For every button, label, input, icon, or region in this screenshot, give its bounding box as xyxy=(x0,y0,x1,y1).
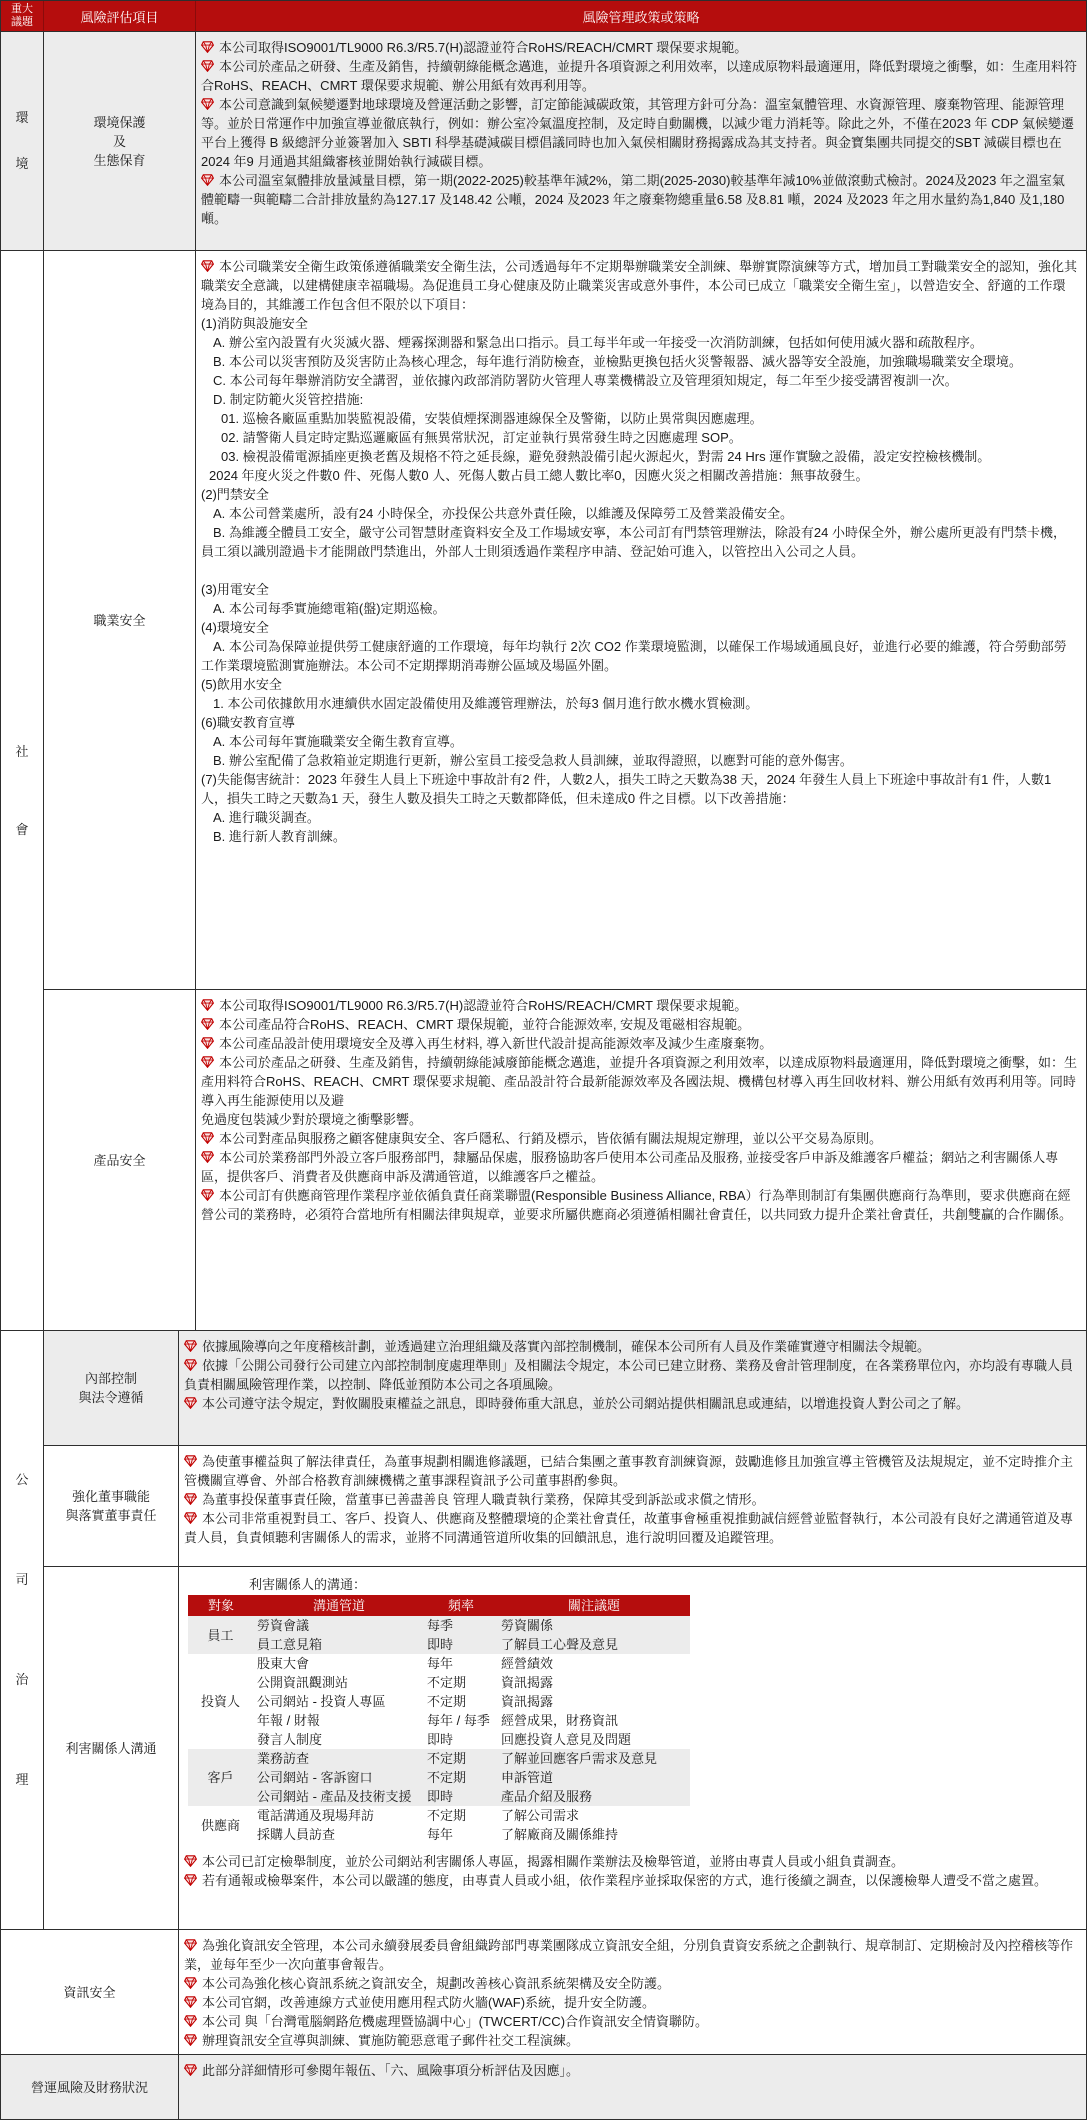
major-topic-cell: 社 會 xyxy=(1,251,44,1330)
stakeholder-cell: 了解廠商及關係維持 xyxy=(498,1825,690,1844)
stakeholder-cell: 不定期 xyxy=(424,1673,498,1692)
policy-line: (1)消防與設施安全 xyxy=(201,314,1077,333)
policy-line: (3)用電安全 xyxy=(201,580,1077,599)
gem-bullet-icon xyxy=(201,1187,214,1199)
policy-bullet: 本公司於業務部門外設立客戶服務部門，隸屬品保處，服務協助客戶使用本公司產品及服務… xyxy=(201,1148,1077,1186)
risk-management-table: 重大 議題 風險評估項目 風險管理政策或策略 環 境環境保護 及 生態保育本公司… xyxy=(0,0,1087,2120)
stakeholder-cell: 即時 xyxy=(424,1730,498,1749)
policy-bullet: 本公司訂有供應商管理作業程序並依循負責任商業聯盟(Responsible Bus… xyxy=(201,1186,1077,1224)
section-rows: 資訊安全為強化資訊安全管理，本公司永續發展委員會組織跨部門專業團隊成立資訊安全組… xyxy=(1,1930,1086,2054)
policy-bullet: 本公司意識到氣候變遷對地球環境及營運活動之影響，訂定節能減碳政策，其管理方針可分… xyxy=(201,95,1077,171)
stakeholder-cell: 不定期 xyxy=(424,1768,498,1787)
policy-text: 本公司溫室氣體排放量減量目標，第一期(2022-2025)較基準年減2%，第二期… xyxy=(201,173,1065,226)
table-row: 營運風險及財務狀況此部分詳細情形可參閱年報伍、「六、風險事項分析評估及因應」。 xyxy=(1,2055,1086,2119)
policy-line: A. 本公司為保障並提供勞工健康舒適的工作環境，每年均執行 2次 CO2 作業環… xyxy=(201,637,1077,675)
risk-item-label: 營運風險及財務狀況 xyxy=(1,2055,179,2119)
policy-line: B. 進行新人教育訓練。 xyxy=(201,827,1077,846)
policy-bullet: 依據風險導向之年度稽核計劃，並透過建立治理組織及落實內部控制機制，確保本公司所有… xyxy=(184,1337,1077,1356)
table-row: 環境保護 及 生態保育本公司取得ISO9001/TL9000 R6.3/R5.7… xyxy=(44,32,1086,250)
gem-bullet-icon xyxy=(201,39,214,51)
policy-text: 依據風險導向之年度稽核計劃，並透過建立治理組織及落實內部控制機制，確保本公司所有… xyxy=(202,1339,930,1354)
gem-bullet-icon xyxy=(201,172,214,184)
stakeholder-row: 年報 / 財報每年 / 每季經營成果，財務資訊 xyxy=(188,1711,690,1730)
stakeholder-row: 公司網站 - 客訴窗口不定期申訴管道 xyxy=(188,1768,690,1787)
stakeholder-cell: 股東大會 xyxy=(254,1654,424,1673)
policy-bullet: 本公司對產品與服務之顧客健康與安全、客戶隱私、行銷及標示，皆依循有關法規規定辦理… xyxy=(201,1129,1077,1148)
stakeholder-header-cell: 對象 xyxy=(188,1595,254,1616)
stakeholder-cell: 發言人制度 xyxy=(254,1730,424,1749)
header-major-topics: 重大 議題 xyxy=(1,1,44,31)
stakeholder-cell: 不定期 xyxy=(424,1806,498,1825)
policy-text: 本公司為強化核心資訊系統之資訊安全，規劃改善核心資訊系統架構及安全防護。 xyxy=(202,1976,670,1991)
header-policies: 風險管理政策或策略 xyxy=(196,1,1086,31)
stakeholder-row: 採購人員訪查每年了解廠商及關係維持 xyxy=(188,1825,690,1844)
policy-bullet: 本公司於產品之研發、生產及銷售，持續朝綠能概念邁進，並提升各項資源之利用效率，以… xyxy=(201,57,1077,95)
header-risk-items: 風險評估項目 xyxy=(44,1,196,31)
policy-text: 為董事投保董事責任險，當董事已善盡善良 管理人職責執行業務，保障其受到訴訟或求償… xyxy=(202,1492,765,1507)
gem-bullet-icon xyxy=(201,58,214,70)
gem-bullet-icon xyxy=(184,2013,197,2025)
policy-text: 本公司於產品之研發、生產及銷售，持續朝綠能概念邁進，並提升各項資源之利用效率，以… xyxy=(201,59,1077,93)
stakeholder-cell: 年報 / 財報 xyxy=(254,1711,424,1730)
section-rows: 環境保護 及 生態保育本公司取得ISO9001/TL9000 R6.3/R5.7… xyxy=(44,32,1086,250)
risk-item-label: 利害關係人溝通 xyxy=(44,1567,179,1929)
stakeholder-cell: 申訴管道 xyxy=(498,1768,690,1787)
stakeholder-cell: 公司網站 - 產品及技術支援 xyxy=(254,1787,424,1806)
policy-line: D. 制定防範火災管控措施: xyxy=(201,390,1077,409)
stakeholder-cell: 資訊揭露 xyxy=(498,1692,690,1711)
stakeholder-cell: 回應投資人意見及問題 xyxy=(498,1730,690,1749)
policy-bullet: 本公司已訂定檢舉制度，並於公司網站利害關係人專區，揭露相關作業辦法及檢舉管道，並… xyxy=(184,1852,1077,1871)
policy-content-cell: 利害關係人的溝通：對象溝通管道頻率關注議題員工勞資會議每季勞資關係員工意見箱即時… xyxy=(179,1567,1086,1929)
stakeholder-cell: 採購人員訪查 xyxy=(254,1825,424,1844)
stakeholder-cell: 每年 / 每季 xyxy=(424,1711,498,1730)
stakeholder-cell: 了解公司需求 xyxy=(498,1806,690,1825)
stakeholder-cell: 即時 xyxy=(424,1787,498,1806)
gem-bullet-icon xyxy=(201,1016,214,1028)
policy-content-cell: 為強化資訊安全管理，本公司永續發展委員會組織跨部門專業團隊成立資訊安全組，分別負… xyxy=(179,1930,1086,2054)
policy-bullet: 本公司為強化核心資訊系統之資訊安全，規劃改善核心資訊系統架構及安全防護。 xyxy=(184,1974,1077,1993)
gem-bullet-icon xyxy=(184,1872,197,1884)
policy-text: 本公司已訂定檢舉制度，並於公司網站利害關係人專區，揭露相關作業辦法及檢舉管道，並… xyxy=(202,1854,904,1869)
policy-line: B. 為維護全體員工安全，嚴守公司智慧財產資料安全及工作場域安寧，本公司訂有門禁… xyxy=(201,523,1077,561)
policy-text: 本公司官網，改善連線方式並使用應用程式防火牆(WAF)系統，提升安全防護。 xyxy=(202,1995,655,2010)
section-environment: 環 境環境保護 及 生態保育本公司取得ISO9001/TL9000 R6.3/R… xyxy=(1,31,1086,250)
policy-line: (6)職安教育宣導 xyxy=(201,713,1077,732)
spacer xyxy=(201,561,1077,580)
policy-text: 依據「公開公司發行公司建立內部控制制度處理準則」及相關法令規定，本公司已建立財務… xyxy=(184,1358,1073,1392)
policy-bullet: 本公司產品符合RoHS、REACH、CMRT 環保規範，並符合能源效率, 安規及… xyxy=(201,1015,1077,1034)
policy-bullet: 本公司產品設計使用環境安全及導入再生材料, 導入新世代設計提高能源效率及減少生產… xyxy=(201,1034,1077,1053)
table-row: 利害關係人溝通利害關係人的溝通：對象溝通管道頻率關注議題員工勞資會議每季勞資關係… xyxy=(44,1566,1086,1929)
stakeholder-cell: 電話溝通及現場拜訪 xyxy=(254,1806,424,1825)
stakeholder-header-cell: 關注議題 xyxy=(498,1595,690,1616)
policy-text: 本公司職業安全衛生政策係遵循職業安全衛生法，公司透過每年不定期舉辦職業安全訓練、… xyxy=(201,259,1077,312)
stakeholder-cell: 每季 xyxy=(424,1616,498,1635)
stakeholder-cell: 不定期 xyxy=(424,1749,498,1768)
stakeholder-header-cell: 溝通管道 xyxy=(254,1595,424,1616)
stakeholder-cell: 公司網站 - 投資人專區 xyxy=(254,1692,424,1711)
stakeholder-group-cell: 客戶 xyxy=(188,1749,254,1806)
gem-bullet-icon xyxy=(184,1975,197,1987)
stakeholder-table-title: 利害關係人的溝通： xyxy=(249,1575,1077,1594)
policy-text: 本公司產品設計使用環境安全及導入再生材料, 導入新世代設計提高能源效率及減少生產… xyxy=(219,1036,772,1051)
section-rows: 職業安全本公司職業安全衛生政策係遵循職業安全衛生法，公司透過每年不定期舉辦職業安… xyxy=(44,251,1086,1330)
stakeholder-row: 發言人制度即時回應投資人意見及問題 xyxy=(188,1730,690,1749)
risk-item-label: 職業安全 xyxy=(44,251,196,989)
risk-item-label: 資訊安全 xyxy=(1,1930,179,2054)
section-governance: 公 司 治 理內部控制 與法令遵循依據風險導向之年度稽核計劃，並透過建立治理組織… xyxy=(1,1330,1086,1929)
policy-text: 本公司產品符合RoHS、REACH、CMRT 環保規範，並符合能源效率, 安規及… xyxy=(219,1017,750,1032)
policy-line: A. 本公司每年實施職業安全衛生教育宣導。 xyxy=(201,732,1077,751)
policy-bullet: 本公司遵守法令規定，對攸關股東權益之訊息，即時發佈重大訊息，並於公司網站提供相關… xyxy=(184,1394,1077,1413)
policy-content-cell: 本公司取得ISO9001/TL9000 R6.3/R5.7(H)認證並符合RoH… xyxy=(196,32,1086,250)
policy-text: 辦理資訊安全宣導與訓練、實施防範惡意電子郵件社交工程演練。 xyxy=(202,2033,579,2048)
stakeholder-group-cell: 供應商 xyxy=(188,1806,254,1844)
gem-bullet-icon xyxy=(201,258,214,270)
policy-text: 此部分詳細情形可參閱年報伍、「六、風險事項分析評估及因應」。 xyxy=(202,2063,579,2078)
gem-bullet-icon xyxy=(184,1338,197,1350)
section-info-security: 資訊安全為強化資訊安全管理，本公司永續發展委員會組織跨部門專業團隊成立資訊安全組… xyxy=(1,1929,1086,2054)
stakeholder-row: 員工勞資會議每季勞資關係 xyxy=(188,1616,690,1635)
stakeholder-row: 客戶業務訪查不定期了解並回應客戶需求及意見 xyxy=(188,1749,690,1768)
policy-bullet: 此部分詳細情形可參閱年報伍、「六、風險事項分析評估及因應」。 xyxy=(184,2061,1077,2080)
risk-item-label: 強化董事職能 與落實董事責任 xyxy=(44,1446,179,1566)
policy-line: A. 辦公室內設置有火災滅火器、煙霧探測器和緊急出口指示。員工每半年或一年接受一… xyxy=(201,333,1077,352)
policy-bullet: 本公司於產品之研發、生產及銷售，持續朝綠能減廢節能概念邁進，並提升各項資源之利用… xyxy=(201,1053,1077,1110)
policy-text: 本公司訂有供應商管理作業程序並依循負責任商業聯盟(Responsible Bus… xyxy=(201,1188,1072,1222)
policy-text: 為使董事權益與了解法律責任，為董事規劃相關進修議題，已結合集團之董事教育訓練資源… xyxy=(184,1454,1073,1488)
policy-text: 本公司取得ISO9001/TL9000 R6.3/R5.7(H)認證並符合RoH… xyxy=(219,998,747,1013)
policy-bullet: 本公司官網，改善連線方式並使用應用程式防火牆(WAF)系統，提升安全防護。 xyxy=(184,1993,1077,2012)
risk-item-label: 環境保護 及 生態保育 xyxy=(44,32,196,250)
gem-bullet-icon xyxy=(201,1130,214,1142)
stakeholder-cell: 資訊揭露 xyxy=(498,1673,690,1692)
gem-bullet-icon xyxy=(201,1149,214,1161)
section-rows: 營運風險及財務狀況此部分詳細情形可參閱年報伍、「六、風險事項分析評估及因應」。 xyxy=(1,2055,1086,2119)
gem-bullet-icon xyxy=(184,2062,197,2074)
policy-line: A. 本公司營業處所，設有24 小時保全，亦投保公共意外責任險，以維護及保障勞工… xyxy=(201,504,1077,523)
stakeholder-cell: 公開資訊觀測站 xyxy=(254,1673,424,1692)
policy-bullet: 為強化資訊安全管理，本公司永續發展委員會組織跨部門專業團隊成立資訊安全組，分別負… xyxy=(184,1936,1077,1974)
gem-bullet-icon xyxy=(184,1510,197,1522)
gem-bullet-icon xyxy=(201,1035,214,1047)
major-topic-cell: 公 司 治 理 xyxy=(1,1331,44,1929)
gem-bullet-icon xyxy=(201,997,214,1009)
stakeholder-cell: 經營成果，財務資訊 xyxy=(498,1711,690,1730)
stakeholder-header-cell: 頻率 xyxy=(424,1595,498,1616)
policy-bullet: 辦理資訊安全宣導與訓練、實施防範惡意電子郵件社交工程演練。 xyxy=(184,2031,1077,2050)
policy-line: A. 進行職災調查。 xyxy=(201,808,1077,827)
table-row: 職業安全本公司職業安全衛生政策係遵循職業安全衛生法，公司透過每年不定期舉辦職業安… xyxy=(44,251,1086,989)
policy-line: (7)失能傷害統計：2023 年發生人員上下班途中事故計有2 件，人數2人，損失… xyxy=(201,770,1077,808)
policy-text: 為強化資訊安全管理，本公司永續發展委員會組織跨部門專業團隊成立資訊安全組，分別負… xyxy=(184,1938,1073,1972)
policy-line: A. 本公司每季實施總電箱(盤)定期巡檢。 xyxy=(201,599,1077,618)
policy-line: 02. 請警衛人員定時定點巡邏廠區有無異常狀況，訂定並執行異常發生時之因應處理 … xyxy=(201,428,1077,447)
stakeholder-cell: 了解並回應客戶需求及意見 xyxy=(498,1749,690,1768)
policy-line: 03. 檢視設備電源插座更換老舊及規格不符之延長線，避免發熱設備引起火源起火，對… xyxy=(201,447,1077,466)
stakeholder-row: 供應商電話溝通及現場拜訪不定期了解公司需求 xyxy=(188,1806,690,1825)
stakeholder-cell: 每年 xyxy=(424,1825,498,1844)
section-society: 社 會職業安全本公司職業安全衛生政策係遵循職業安全衛生法，公司透過每年不定期舉辦… xyxy=(1,250,1086,1330)
stakeholder-row: 公司網站 - 產品及技術支援即時產品介紹及服務 xyxy=(188,1787,690,1806)
gem-bullet-icon xyxy=(184,1395,197,1407)
stakeholder-cell: 公司網站 - 客訴窗口 xyxy=(254,1768,424,1787)
stakeholder-cell: 員工意見箱 xyxy=(254,1635,424,1654)
policy-text: 本公司於產品之研發、生產及銷售，持續朝綠能減廢節能概念邁進，並提升各項資源之利用… xyxy=(201,1055,1077,1108)
policy-line: 免過度包裝減少對於環境之衝擊影響。 xyxy=(201,1110,1077,1129)
policy-bullet: 為使董事權益與了解法律責任，為董事規劃相關進修議題，已結合集團之董事教育訓練資源… xyxy=(184,1452,1077,1490)
gem-bullet-icon xyxy=(184,2032,197,2044)
gem-bullet-icon xyxy=(184,1453,197,1465)
table-row: 資訊安全為強化資訊安全管理，本公司永續發展委員會組織跨部門專業團隊成立資訊安全組… xyxy=(1,1930,1086,2054)
stakeholder-cell: 不定期 xyxy=(424,1692,498,1711)
table-row: 產品安全本公司取得ISO9001/TL9000 R6.3/R5.7(H)認證並符… xyxy=(44,989,1086,1330)
policy-line: 1. 本公司依據飲用水連續供水固定設備使用及維護管理辦法，於每3 個月進行飲水機… xyxy=(201,694,1077,713)
policy-line: 01. 巡檢各廠區重點加裝監視設備，安裝偵煙探測器連線保全及警衛，以防止異常與因… xyxy=(201,409,1077,428)
stakeholder-cell: 經營績效 xyxy=(498,1654,690,1673)
policy-text: 本公司對產品與服務之顧客健康與安全、客戶隱私、行銷及標示，皆依循有關法規規定辦理… xyxy=(219,1131,882,1146)
policy-bullet: 本公司溫室氣體排放量減量目標，第一期(2022-2025)較基準年減2%，第二期… xyxy=(201,171,1077,228)
stakeholder-cell: 即時 xyxy=(424,1635,498,1654)
stakeholder-row: 投資人股東大會每年經營績效 xyxy=(188,1654,690,1673)
gem-bullet-icon xyxy=(184,1491,197,1503)
policy-line: (4)環境安全 xyxy=(201,618,1077,637)
policy-line: C. 本公司每年舉辦消防安全講習，並依據內政部消防署防火管理人專業機構設立及管理… xyxy=(201,371,1077,390)
risk-item-label: 內部控制 與法令遵循 xyxy=(44,1331,179,1445)
stakeholder-cell: 勞資關係 xyxy=(498,1616,690,1635)
section-operations-finance: 營運風險及財務狀況此部分詳細情形可參閱年報伍、「六、風險事項分析評估及因應」。 xyxy=(1,2054,1086,2119)
policy-line: 2024 年度火災之件數0 件、死傷人數0 人、死傷人數占員工總人數比率0，因應… xyxy=(201,466,1077,485)
stakeholder-row: 員工意見箱即時了解員工心聲及意見 xyxy=(188,1635,690,1654)
policy-content-cell: 本公司取得ISO9001/TL9000 R6.3/R5.7(H)認證並符合RoH… xyxy=(196,990,1086,1330)
table-body: 環 境環境保護 及 生態保育本公司取得ISO9001/TL9000 R6.3/R… xyxy=(1,31,1086,2119)
policy-content-cell: 此部分詳細情形可參閱年報伍、「六、風險事項分析評估及因應」。 xyxy=(179,2055,1086,2119)
policy-line: B. 本公司以災害預防及災害防止為核心理念，每年進行消防檢查，並檢點更換包括火災… xyxy=(201,352,1077,371)
stakeholder-cell: 業務訪查 xyxy=(254,1749,424,1768)
policy-bullet: 本公司取得ISO9001/TL9000 R6.3/R5.7(H)認證並符合RoH… xyxy=(201,996,1077,1015)
policy-line: (2)門禁安全 xyxy=(201,485,1077,504)
gem-bullet-icon xyxy=(201,96,214,108)
table-header: 重大 議題 風險評估項目 風險管理政策或策略 xyxy=(1,1,1086,31)
stakeholder-group-cell: 投資人 xyxy=(188,1654,254,1749)
major-topic-cell: 環 境 xyxy=(1,32,44,250)
policy-text: 本公司於業務部門外設立客戶服務部門，隸屬品保處，服務協助客戶使用本公司產品及服務… xyxy=(201,1150,1058,1184)
policy-content-cell: 為使董事權益與了解法律責任，為董事規劃相關進修議題，已結合集團之董事教育訓練資源… xyxy=(179,1446,1086,1566)
table-row: 強化董事職能 與落實董事責任為使董事權益與了解法律責任，為董事規劃相關進修議題，… xyxy=(44,1445,1086,1566)
policy-bullet: 本公司取得ISO9001/TL9000 R6.3/R5.7(H)認證並符合RoH… xyxy=(201,38,1077,57)
policy-text: 本公司意識到氣候變遷對地球環境及營運活動之影響，訂定節能減碳政策，其管理方針可分… xyxy=(201,97,1074,169)
policy-text: 若有通報或檢舉案件，本公司以嚴謹的態度，由專責人員或小組，依作業程序並採取保密的… xyxy=(202,1873,1047,1888)
table-row: 內部控制 與法令遵循依據風險導向之年度稽核計劃，並透過建立治理組織及落實內部控制… xyxy=(44,1331,1086,1445)
section-rows: 內部控制 與法令遵循依據風險導向之年度稽核計劃，並透過建立治理組織及落實內部控制… xyxy=(44,1331,1086,1929)
policy-bullet: 本公司 與「台灣電腦網路危機處理暨協調中心」(TWCERT/CC)合作資訊安全情… xyxy=(184,2012,1077,2031)
policy-content-cell: 依據風險導向之年度稽核計劃，並透過建立治理組織及落實內部控制機制，確保本公司所有… xyxy=(179,1331,1086,1445)
stakeholder-cell: 勞資會議 xyxy=(254,1616,424,1635)
stakeholder-cell: 了解員工心聲及意見 xyxy=(498,1635,690,1654)
policy-bullet: 為董事投保董事責任險，當董事已善盡善良 管理人職責執行業務，保障其受到訴訟或求償… xyxy=(184,1490,1077,1509)
policy-bullet: 本公司非常重視對員工、客戶、投資人、供應商及整體環境的企業社會責任，故董事會極重… xyxy=(184,1509,1077,1547)
policy-text: 本公司 與「台灣電腦網路危機處理暨協調中心」(TWCERT/CC)合作資訊安全情… xyxy=(202,2014,708,2029)
policy-bullet: 若有通報或檢舉案件，本公司以嚴謹的態度，由專責人員或小組，依作業程序並採取保密的… xyxy=(184,1871,1077,1890)
policy-bullet: 本公司職業安全衛生政策係遵循職業安全衛生法，公司透過每年不定期舉辦職業安全訓練、… xyxy=(201,257,1077,314)
policy-line: B. 辦公室配備了急救箱並定期進行更新，辦公室員工接受急救人員訓練，並取得證照，… xyxy=(201,751,1077,770)
policy-text: 本公司遵守法令規定，對攸關股東權益之訊息，即時發佈重大訊息，並於公司網站提供相關… xyxy=(202,1396,969,1411)
stakeholder-table: 對象溝通管道頻率關注議題員工勞資會議每季勞資關係員工意見箱即時了解員工心聲及意見… xyxy=(188,1595,690,1844)
stakeholder-group-cell: 員工 xyxy=(188,1616,254,1654)
policy-text: 本公司取得ISO9001/TL9000 R6.3/R5.7(H)認證並符合RoH… xyxy=(219,40,747,55)
policy-bullet: 依據「公開公司發行公司建立內部控制制度處理準則」及相關法令規定，本公司已建立財務… xyxy=(184,1356,1077,1394)
risk-item-label: 產品安全 xyxy=(44,990,196,1330)
stakeholder-header-row: 對象溝通管道頻率關注議題 xyxy=(188,1595,690,1616)
gem-bullet-icon xyxy=(201,1054,214,1066)
stakeholder-row: 公開資訊觀測站不定期資訊揭露 xyxy=(188,1673,690,1692)
stakeholder-cell: 每年 xyxy=(424,1654,498,1673)
policy-line: (5)飲用水安全 xyxy=(201,675,1077,694)
stakeholder-row: 公司網站 - 投資人專區不定期資訊揭露 xyxy=(188,1692,690,1711)
policy-content-cell: 本公司職業安全衛生政策係遵循職業安全衛生法，公司透過每年不定期舉辦職業安全訓練、… xyxy=(196,251,1086,989)
gem-bullet-icon xyxy=(184,1937,197,1949)
policy-text: 本公司非常重視對員工、客戶、投資人、供應商及整體環境的企業社會責任，故董事會極重… xyxy=(184,1511,1073,1545)
gem-bullet-icon xyxy=(184,1994,197,2006)
gem-bullet-icon xyxy=(184,1853,197,1865)
stakeholder-cell: 產品介紹及服務 xyxy=(498,1787,690,1806)
gem-bullet-icon xyxy=(184,1357,197,1369)
